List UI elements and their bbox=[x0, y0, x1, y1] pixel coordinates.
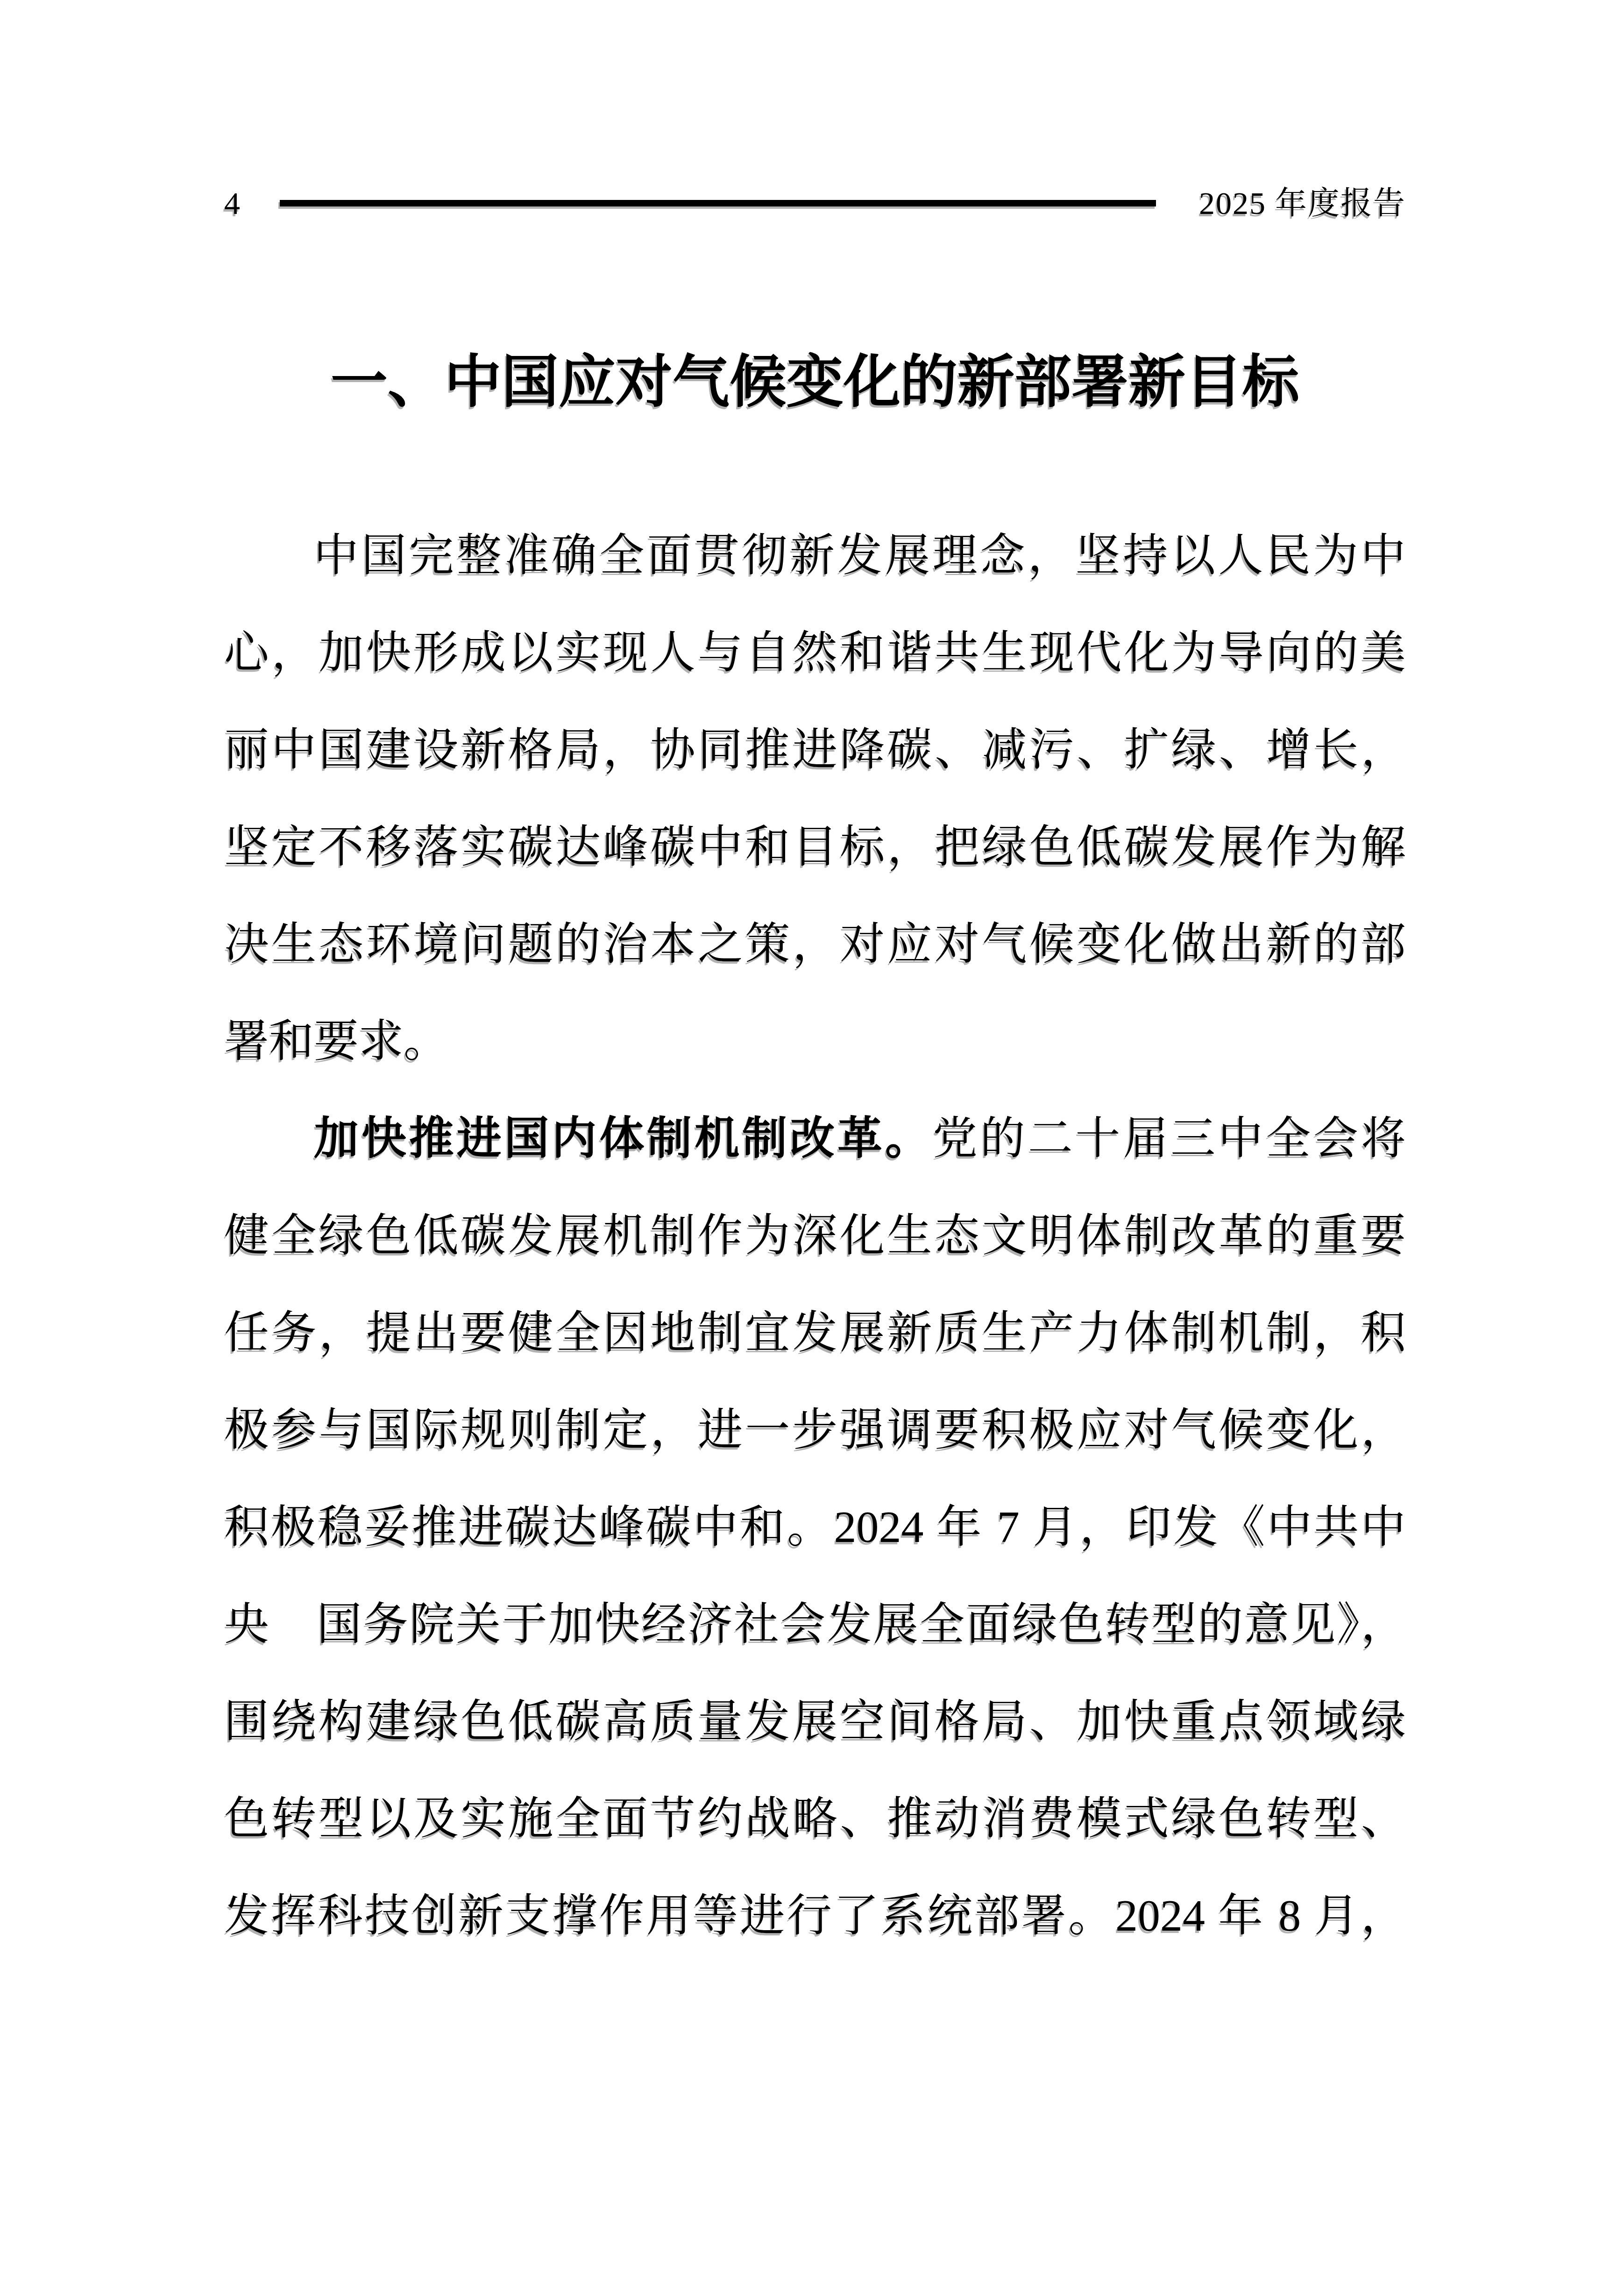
body-line: 任务，提出要健全因地制宜发展新质生产力体制机制，积 bbox=[224, 1284, 1406, 1381]
document-page: 4 2025 年度报告 一、中国应对气候变化的新部署新目标 中国完整准确全面贯彻… bbox=[0, 0, 1624, 2295]
body-segment: 发挥科技创新支撑作用等进行了系统部署。2024 年 8 月， bbox=[224, 1890, 1406, 1940]
body-line: 丽中国建设新格局，协同推进降碳、减污、扩绿、增长， bbox=[224, 701, 1406, 798]
body-line: 坚定不移落实碳达峰碳中和目标，把绿色低碳发展作为解 bbox=[224, 798, 1406, 895]
body-line: 健全绿色低碳发展机制作为深化生态文明体制改革的重要 bbox=[224, 1187, 1406, 1284]
body-segment: 健全绿色低碳发展机制作为深化生态文明体制改革的重要 bbox=[224, 1210, 1406, 1260]
body-line: 央 国务院关于加快经济社会发展全面绿色转型的意见》， bbox=[224, 1576, 1406, 1673]
body-line: 心，加快形成以实现人与自然和谐共生现代化为导向的美 bbox=[224, 604, 1406, 701]
body-segment: 央 国务院关于加快经济社会发展全面绿色转型的意见》， bbox=[224, 1599, 1406, 1649]
body-line: 色转型以及实施全面节约战略、推动消费模式绿色转型、 bbox=[224, 1770, 1406, 1867]
body-line: 署和要求。 bbox=[224, 993, 1406, 1090]
body-segment: 党的二十届三中全会将 bbox=[933, 1113, 1406, 1163]
page-header: 4 2025 年度报告 bbox=[224, 183, 1406, 223]
body-segment: 署和要求。 bbox=[224, 1016, 448, 1066]
body-segment: 任务，提出要健全因地制宜发展新质生产力体制机制，积 bbox=[224, 1307, 1406, 1357]
body-line: 围绕构建绿色低碳高质量发展空间格局、加快重点领域绿 bbox=[224, 1673, 1406, 1770]
header-rule bbox=[280, 200, 1156, 206]
header-report-title: 2025 年度报告 bbox=[1199, 183, 1406, 223]
body-segment-bold: 加快推进国内体制机制改革。 bbox=[314, 1113, 933, 1163]
body-segment: 丽中国建设新格局，协同推进降碳、减污、扩绿、增长， bbox=[224, 725, 1406, 774]
body-segment: 心，加快形成以实现人与自然和谐共生现代化为导向的美 bbox=[224, 627, 1406, 677]
body-line: 中国完整准确全面贯彻新发展理念，坚持以人民为中 bbox=[224, 507, 1406, 604]
body-line: 决生态环境问题的治本之策，对应对气候变化做出新的部 bbox=[224, 895, 1406, 993]
body-segment: 坚定不移落实碳达峰碳中和目标，把绿色低碳发展作为解 bbox=[224, 822, 1406, 872]
body-line: 极参与国际规则制定，进一步强调要积极应对气候变化， bbox=[224, 1381, 1406, 1478]
body-segment: 围绕构建绿色低碳高质量发展空间格局、加快重点领域绿 bbox=[224, 1696, 1406, 1746]
body-text: 中国完整准确全面贯彻新发展理念，坚持以人民为中心，加快形成以实现人与自然和谐共生… bbox=[224, 507, 1406, 1964]
body-line: 积极稳妥推进碳达峰碳中和。2024 年 7 月，印发《中共中 bbox=[224, 1478, 1406, 1576]
body-segment: 色转型以及实施全面节约战略、推动消费模式绿色转型、 bbox=[224, 1793, 1406, 1843]
section-heading: 一、中国应对气候变化的新部署新目标 bbox=[224, 344, 1406, 419]
body-segment: 决生态环境问题的治本之策，对应对气候变化做出新的部 bbox=[224, 919, 1406, 969]
body-segment: 中国完整准确全面贯彻新发展理念，坚持以人民为中 bbox=[314, 530, 1406, 580]
body-line: 发挥科技创新支撑作用等进行了系统部署。2024 年 8 月， bbox=[224, 1867, 1406, 1964]
body-line: 加快推进国内体制机制改革。党的二十届三中全会将 bbox=[224, 1090, 1406, 1187]
body-segment: 极参与国际规则制定，进一步强调要积极应对气候变化， bbox=[224, 1405, 1406, 1455]
body-segment: 积极稳妥推进碳达峰碳中和。2024 年 7 月，印发《中共中 bbox=[224, 1502, 1406, 1552]
page-number: 4 bbox=[224, 183, 240, 223]
